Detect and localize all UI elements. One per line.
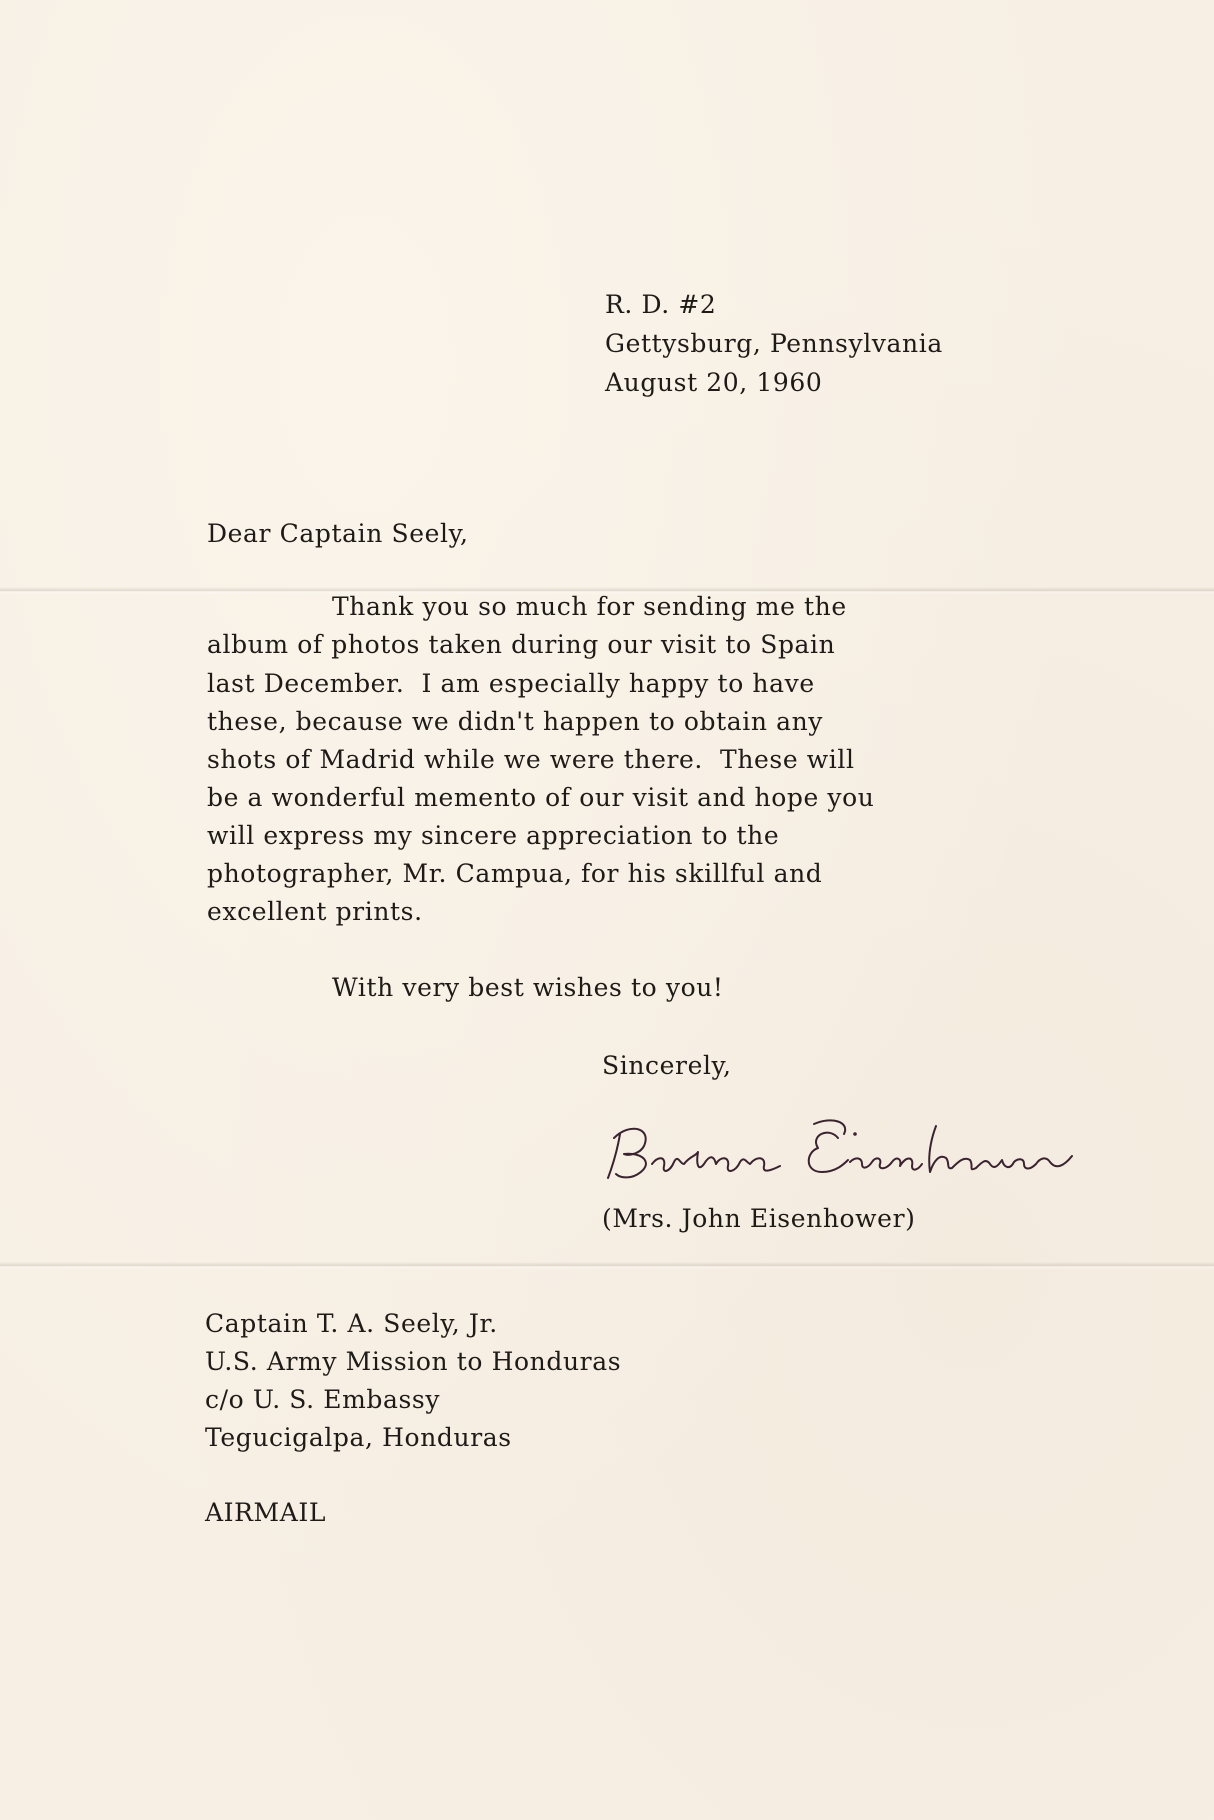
salutation: Dear Captain Seely, — [207, 519, 469, 549]
body-line: album of photos taken during our visit t… — [207, 630, 835, 660]
return-address-line: Gettysburg, Pennsylvania — [605, 329, 943, 359]
return-address-line: R. D. #2 — [605, 290, 716, 320]
recipient-address-line: c/o U. S. Embassy — [205, 1385, 440, 1415]
letter-date: August 20, 1960 — [605, 368, 822, 398]
body-line: be a wonderful memento of our visit and … — [207, 783, 875, 813]
closing: Sincerely, — [602, 1051, 732, 1081]
fold-crease-lower — [0, 1262, 1214, 1270]
body-line: excellent prints. — [207, 897, 423, 927]
body-line: these, because we didn't happen to obtai… — [207, 707, 823, 737]
closing-wish: With very best wishes to you! — [332, 973, 724, 1003]
handwritten-signature — [600, 1112, 1120, 1192]
body-line: will express my sincere appreciation to … — [207, 821, 779, 851]
recipient-address-line: Tegucigalpa, Honduras — [205, 1423, 512, 1453]
body-line: shots of Madrid while we were there. The… — [207, 745, 855, 775]
body-line: Thank you so much for sending me the — [332, 592, 847, 622]
body-line: last December. I am especially happy to … — [207, 669, 815, 699]
recipient-address-line: U.S. Army Mission to Honduras — [205, 1347, 621, 1377]
mail-class: AIRMAIL — [205, 1498, 326, 1528]
body-line: photographer, Mr. Campua, for his skillf… — [207, 859, 822, 889]
signer-name: (Mrs. John Eisenhower) — [602, 1204, 915, 1234]
recipient-address-line: Captain T. A. Seely, Jr. — [205, 1309, 498, 1339]
